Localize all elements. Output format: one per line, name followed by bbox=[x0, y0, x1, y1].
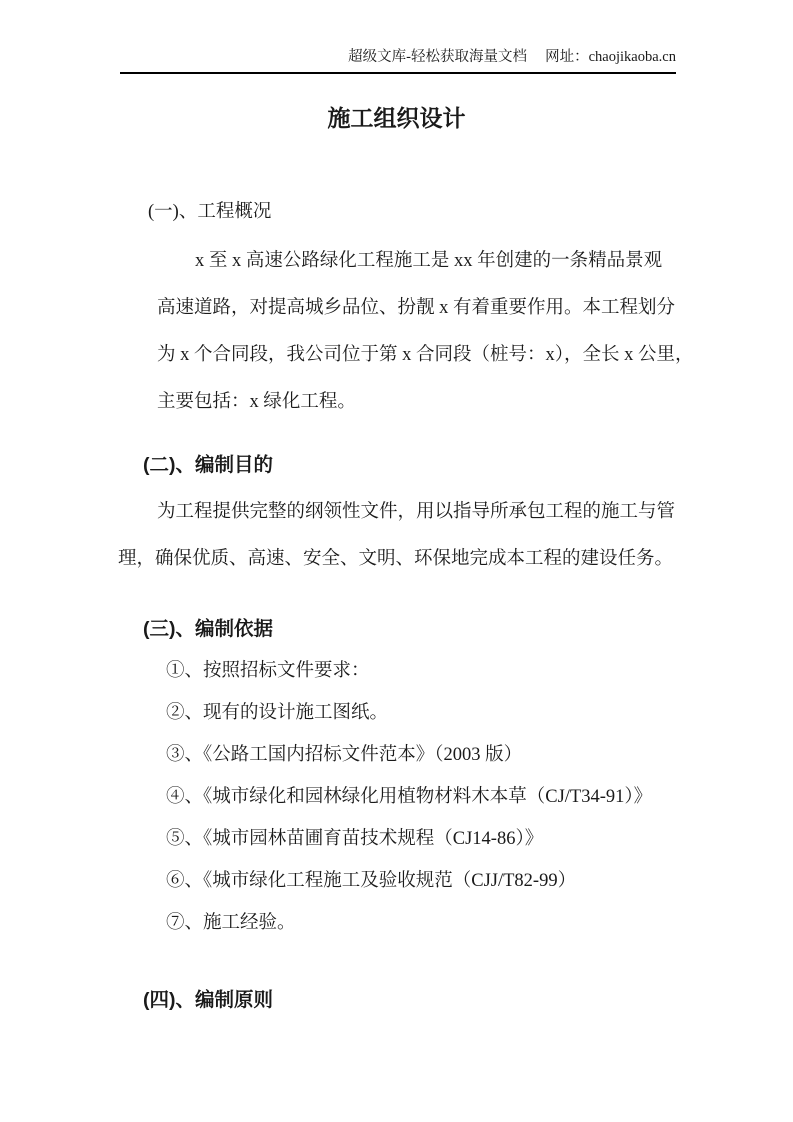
paragraph-line: 为工程提供完整的纲领性文件，用以指导所承包工程的施工与管 bbox=[118, 489, 718, 536]
paragraph-line: 高速道路，对提高城乡品位、扮靓 x 有着重要作用。本工程划分 bbox=[118, 285, 718, 332]
list-item: ⑥、《城市绿化工程施工及验收规范（CJJ/T82-99） bbox=[166, 860, 746, 902]
paragraph-line: 为 x 个合同段，我公司位于第 x 合同段（桩号：x），全长 x 公里， bbox=[118, 332, 718, 379]
list-item: ②、现有的设计施工图纸。 bbox=[166, 692, 746, 734]
reference-list: ①、按照招标文件要求： ②、现有的设计施工图纸。 ③、《公路工国内招标文件范本》… bbox=[166, 650, 746, 944]
paragraph-line: 主要包括：x 绿化工程。 bbox=[118, 379, 718, 426]
paragraph-line: 理，确保优质、高速、安全、文明、环保地完成本工程的建设任务。 bbox=[118, 536, 718, 583]
section-heading-compilation-principles: (四)、编制原则 bbox=[143, 987, 273, 1013]
paragraph-line: x 至 x 高速公路绿化工程施工是 xx 年创建的一条精品景观 bbox=[118, 238, 718, 285]
document-page: 超级文库-轻松获取海量文档 网址：chaojikaoba.cn 施工组织设计 (… bbox=[0, 0, 793, 1122]
paragraph-compilation-purpose: 为工程提供完整的纲领性文件，用以指导所承包工程的施工与管 理，确保优质、高速、安… bbox=[118, 489, 718, 583]
site-watermark-header: 超级文库-轻松获取海量文档 网址：chaojikaoba.cn bbox=[120, 47, 676, 74]
site-watermark-text: 超级文库-轻松获取海量文档 网址：chaojikaoba.cn bbox=[348, 49, 676, 65]
document-title: 施工组织设计 bbox=[0, 100, 793, 133]
section-heading-compilation-purpose: (二)、编制目的 bbox=[143, 452, 273, 478]
list-item: ⑤、《城市园林苗圃育苗技术规程（CJ14-86）》 bbox=[166, 818, 746, 860]
list-item: ⑦、施工经验。 bbox=[166, 902, 746, 944]
section-heading-compilation-basis: (三)、编制依据 bbox=[143, 616, 273, 642]
list-item: ③、《公路工国内招标文件范本》（2003 版） bbox=[166, 734, 746, 776]
list-item: ④、《城市绿化和园林绿化用植物材料木本草（CJ/T34-91）》 bbox=[166, 776, 746, 818]
section-heading-project-overview: (一)、工程概况 bbox=[148, 199, 271, 225]
paragraph-project-overview: x 至 x 高速公路绿化工程施工是 xx 年创建的一条精品景观 高速道路，对提高… bbox=[118, 238, 718, 426]
list-item: ①、按照招标文件要求： bbox=[166, 650, 746, 692]
